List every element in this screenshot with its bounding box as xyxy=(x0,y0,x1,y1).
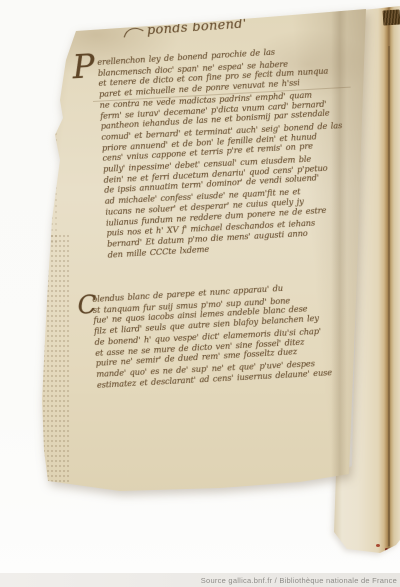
edge-decoration-speck xyxy=(385,548,388,551)
attribution-text: Source gallica.bnf.fr / Bibliothèque nat… xyxy=(201,576,397,585)
paragraph-2: C olendus blanc de parepe et nunc appara… xyxy=(92,281,333,390)
parchment-grain-texture xyxy=(35,235,69,500)
header-flourish-icon xyxy=(123,24,146,40)
header-inscription-text: ponds bonend' xyxy=(146,16,247,38)
edge-decoration-speck xyxy=(376,544,380,547)
scanned-manuscript-photo: ponds bonend' P erellenchon ley de bonen… xyxy=(0,0,400,587)
manuscript-page: ponds bonend' P erellenchon ley de bonen… xyxy=(35,5,375,500)
page-edge-crease xyxy=(388,46,390,546)
manuscript-page-wrap: ponds bonend' P erellenchon ley de bonen… xyxy=(35,5,375,500)
attribution-bar: Source gallica.bnf.fr / Bibliothèque nat… xyxy=(0,573,400,587)
page-header-inscription: ponds bonend' xyxy=(122,16,247,40)
paragraph-1: P erellenchon ley de bonend parochie de … xyxy=(97,44,344,260)
paragraph-initial: P xyxy=(72,52,96,81)
parchment-grain-texture xyxy=(35,25,57,245)
book-binding-edge xyxy=(382,9,400,25)
